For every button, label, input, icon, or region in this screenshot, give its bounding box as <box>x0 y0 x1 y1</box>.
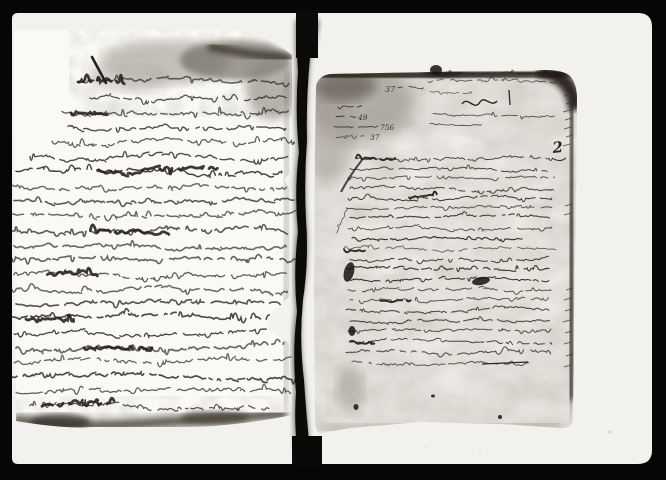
right-manuscript-page: 37 4975637 2 <box>305 59 580 433</box>
ink-blot <box>430 65 442 75</box>
right-page-stains <box>305 59 580 432</box>
ink-blot <box>498 415 502 419</box>
ink-blot <box>349 326 356 336</box>
gutter-bottom-notch <box>292 436 322 466</box>
folio-number: 2 <box>551 138 564 157</box>
scanned-spread: 37 4975637 2 <box>0 0 666 480</box>
margin-figure: 37 <box>370 133 380 142</box>
left-manuscript-page <box>10 30 299 438</box>
scan-image: 37 4975637 2 <box>0 0 666 480</box>
margin-figure: 49 <box>357 113 368 122</box>
ink-blot <box>354 404 359 410</box>
docket-number: 37 <box>385 85 396 94</box>
ink-blot <box>431 395 435 398</box>
margin-figure: 756 <box>380 123 395 132</box>
